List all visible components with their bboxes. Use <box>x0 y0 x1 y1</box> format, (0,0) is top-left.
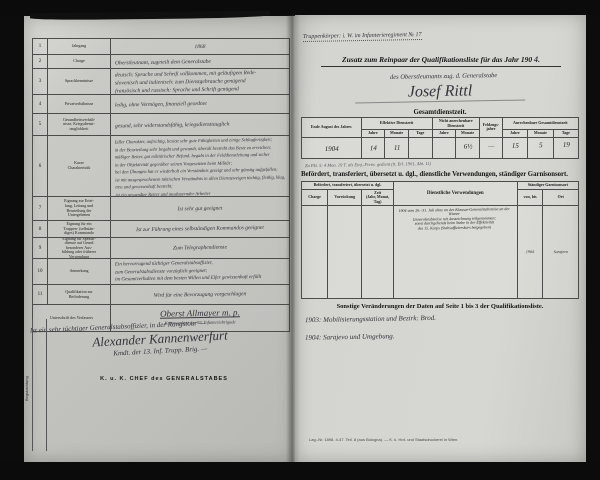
row-value: Edler Charakter, aufrichtig, besitzt seh… <box>110 136 289 197</box>
table-row: 2 Charge Oberstleutnant, zugeteilt dem G… <box>33 55 289 69</box>
row-label: Kurze Charakteristik <box>48 136 111 196</box>
row-number: 6 <box>33 136 48 196</box>
promotions-heading: Befördert, transferiert, übersetzt u. dg… <box>301 171 568 178</box>
qualification-list-left-page: Begutachtung 1 Jahrgang 1868 2 Charge Ob… <box>24 16 295 462</box>
col-group-permanent-garrison: Ständiger Garnisonsort <box>517 182 578 190</box>
change-entry-1904: 1904: Sarajevo und Umgebung. <box>305 332 395 342</box>
table-row: 6 Kurze Charakteristik Edler Charakter, … <box>33 136 289 197</box>
value-total-months: 5 <box>527 135 553 156</box>
entry-official-assignments: 1904 vom 26.–31. Juli ohne an der Klausu… <box>393 205 518 300</box>
subcol-tage: Tage <box>409 130 432 138</box>
row-label: Anmerkung <box>48 259 111 284</box>
row-number: 1 <box>33 39 48 54</box>
table-row: 9 Eignung für Spezial- dienste auf Grund… <box>33 238 289 259</box>
service-time-table: Ende August des Jahres Effektive Dienstz… <box>301 117 579 159</box>
subcol-charge: Charge <box>302 189 328 206</box>
table-row: 5 Gesundheitsverhält- nisse, Kriegsdiens… <box>33 114 289 136</box>
row-value: gesund, sehr widerstandsfähig, kriegsdie… <box>111 114 289 136</box>
row-value: Wird für eine Bevorzugung vorgeschlagen <box>111 285 289 305</box>
col-header-official-assignments: Dienstliche Verwendungen <box>393 182 517 206</box>
row-value: deutsch: Sprache und Schrift vollkommen,… <box>111 69 289 95</box>
page-title-year: 4. <box>534 55 540 64</box>
table-row: 3 Sprachkenntnisse deutsch: Sprache und … <box>33 69 289 95</box>
value-total-years: 15 <box>502 136 528 157</box>
other-changes-heading: Sonstige Veränderungen der Daten auf Sei… <box>295 303 585 310</box>
handwritten-addendum: Ist ein sehr tüchtiger Generalstabsoffiz… <box>30 319 291 358</box>
page-title-text: Zusatz zum Reinpaar der Qualifikationsli… <box>342 55 532 64</box>
entry-charge <box>302 206 328 299</box>
subcol-jahre: Jahre <box>361 130 385 138</box>
row-number: 2 <box>33 55 48 68</box>
scan-bottom-border <box>0 462 600 480</box>
subcol-ort: Ort <box>543 189 579 206</box>
table-row: 4 Privatverhältnisse ledig, ohne Vermöge… <box>33 95 289 114</box>
col-header-campaign-years: Feldzugs- jahre <box>480 118 503 138</box>
col-group-creditable-total: Anrechenbare Gesamtdienstzeit <box>502 118 578 130</box>
row-value: Ein hervorragend tüchtiger Generalstabso… <box>111 259 289 285</box>
entry-garrison-ort: Sarajevo <box>542 206 579 300</box>
row-number: 7 <box>33 197 48 220</box>
row-number: 3 <box>33 69 48 94</box>
value-effective-months: 11 <box>384 138 408 159</box>
row-label: Eignung für ein Truppen- (selbstän- dige… <box>48 221 111 237</box>
row-label: Qualifikation zur Beförderung <box>48 285 111 304</box>
row-value: Oberstleutnant, zugeteilt dem Generalsta… <box>111 55 289 69</box>
row-value: 1868 <box>111 39 289 55</box>
page-title: Zusatz zum Reinpaar der Qualifikationsli… <box>321 55 561 67</box>
row-value: ledig, ohne Vermögen, finanziell geordne… <box>111 95 289 114</box>
table-border-extension <box>32 319 33 451</box>
qualification-list-addendum-page: Truppenkörper: i. W. im Infanterieregime… <box>295 13 586 462</box>
row-label: Eignung für Spezial- dienste auf Grund b… <box>48 238 111 258</box>
col-group-effective: Effektive Dienstzeit <box>361 118 432 130</box>
subcol-monate: Monate <box>385 130 409 138</box>
document-scan: Begutachtung 1 Jahrgang 1868 2 Charge Ob… <box>0 0 600 480</box>
row-value: Zum Telegraphendienste <box>111 238 289 259</box>
row-number: 10 <box>33 259 48 284</box>
entry-vorrueckung <box>328 206 362 299</box>
value-noncreditable-months: 6½ <box>455 137 479 158</box>
row-label: Privatverhältnisse <box>48 95 111 113</box>
col-group-promoted-transferred: Befördert, transferiert, übersetzt u. dg… <box>302 182 394 190</box>
value-total-days: 19 <box>553 135 579 156</box>
corps-line: Truppenkörper: i. W. im Infanterieregime… <box>303 32 422 42</box>
subcol-von-bis: von, bis <box>517 189 543 206</box>
qualification-table: 1 Jahrgang 1868 2 Charge Oberstleutnant,… <box>32 38 290 332</box>
row-number: 4 <box>33 95 48 113</box>
subcol-vorrueckung: Vorrückung <box>328 189 362 206</box>
entry-zeit <box>362 206 394 299</box>
row-value: Ist sehr gut geeignet <box>111 197 289 221</box>
row-value: Ist zur Führung eines selbständigen Komm… <box>111 221 289 238</box>
assignments-table: Befördert, transferiert, übersetzt u. dg… <box>301 181 579 299</box>
col-group-noncreditable: Nicht anrechenbare Dienstzeit <box>432 118 480 130</box>
table-border-extension <box>46 319 47 451</box>
service-time-footnote: Zu Pkt. 5: 4 Mon. 19 T. als Einj.-Freiw.… <box>305 161 431 168</box>
page-seam-shadow <box>286 13 300 462</box>
table-row: 8 Eignung für ein Truppen- (selbstän- di… <box>33 221 289 238</box>
row-number: 5 <box>33 114 48 135</box>
entry-von-bis: 1904 <box>516 206 543 299</box>
row-label: Sprachkenntnisse <box>48 69 111 94</box>
row-number: 8 <box>33 221 48 237</box>
table-row: 1 Jahrgang 1868 <box>33 39 289 55</box>
value-year: 1904 <box>301 139 361 161</box>
col-header-year-end: Ende August des Jahres <box>302 118 362 138</box>
subject-name: Josef Rittl <box>355 82 525 104</box>
side-label-begutachtung: Begutachtung <box>24 354 32 424</box>
assignments-entry-row: 1904 vom 26.–31. Juli ohne an der Klausu… <box>302 206 579 299</box>
row-label: Gesundheitsverhält- nisse, Kriegsdienst-… <box>48 114 111 135</box>
service-time-heading: Gesamtdienstzeit. <box>295 108 585 116</box>
row-label: Charge <box>48 55 111 68</box>
table-row: 7 Eignung zur Ertei- lung, Leitung und B… <box>33 197 289 221</box>
row-label: Eignung zur Ertei- lung, Leitung und Beu… <box>48 197 111 220</box>
printer-imprint: Lag.-Nr. 1898. 4-47. Teil. 8 (aus Bologn… <box>309 437 458 442</box>
table-row: 10 Anmerkung Ein hervorragend tüchtiger … <box>33 259 289 285</box>
row-number: 9 <box>33 238 48 258</box>
table-row: 11 Qualifikation zur Beförderung Wird fü… <box>33 285 289 305</box>
value-effective-days <box>408 137 432 158</box>
general-staff-stamp: K. u. K. CHEF des GENERALSTABES <box>84 376 244 382</box>
subject-rank-line: des Oberstleutnants zug. d. Generalstabe <box>390 72 497 81</box>
value-noncreditable-years <box>432 137 456 158</box>
service-time-values-row: 1904 14 11 6½ — 15 5 19 <box>301 135 578 161</box>
subcol-zeit: Zeit (Jahr, Monat, Tag) <box>362 189 394 206</box>
row-label: Jahrgang <box>48 39 111 54</box>
change-entry-1903: 1903: Mobilisierungsstation und Bezirk: … <box>305 314 436 324</box>
table-header-row: Befördert, transferiert, übersetzt u. dg… <box>302 182 579 190</box>
table-header-row: Ende August des Jahres Effektive Dienstz… <box>302 118 579 130</box>
value-campaign-years: — <box>479 136 502 157</box>
row-number: 11 <box>33 285 48 304</box>
value-effective-years: 14 <box>361 138 385 159</box>
